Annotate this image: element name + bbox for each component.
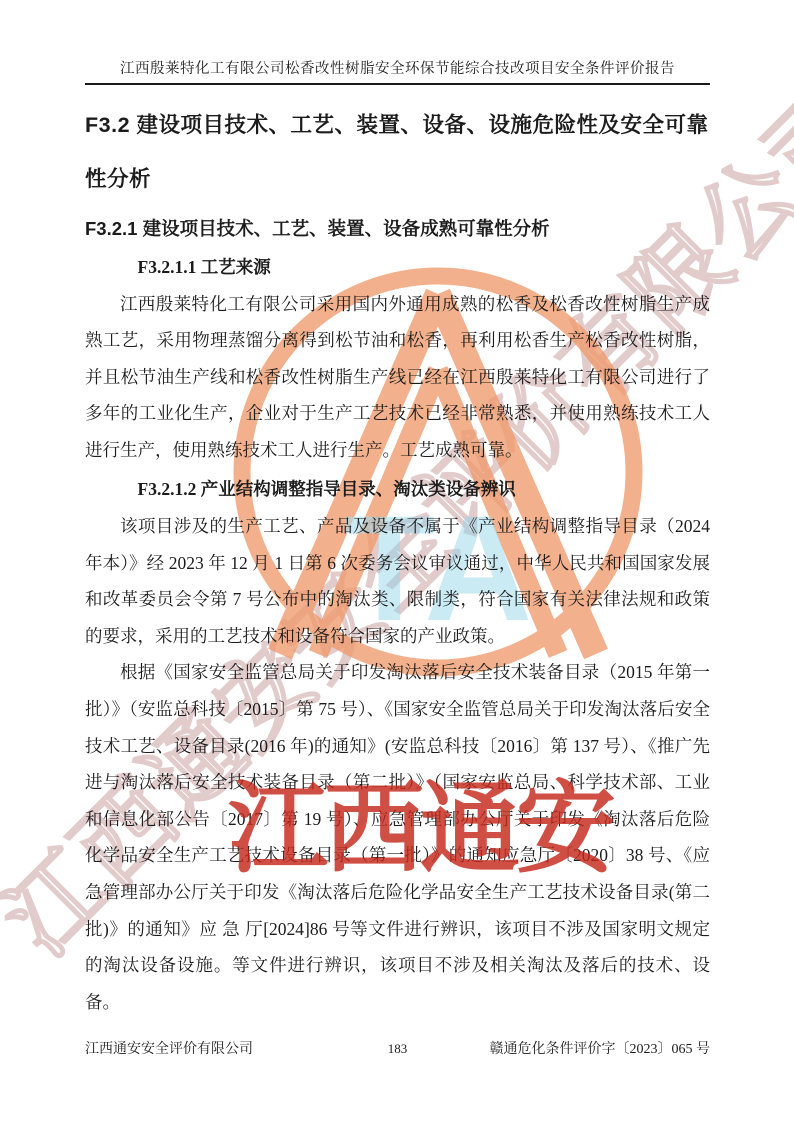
paragraph-eliminated-equipment: 根据《国家安全监管总局关于印发淘汰落后安全技术装备目录（2015 年第一批）》（…	[85, 654, 710, 1020]
section-heading-f3-2-1-2: F3.2.1.2 产业结构调整指导目录、淘汰类设备辨识	[85, 471, 710, 508]
section-heading-f3-2-1-1: F3.2.1.1 工艺来源	[85, 249, 710, 286]
page-footer: 江西通安安全评价有限公司 183 赣通危化条件评价字〔2023〕065 号	[85, 1038, 710, 1058]
paragraph-process-source: 江西殷莱特化工有限公司采用国内外通用成熟的松香及松香改性树脂生产成熟工艺，采用物…	[85, 286, 710, 469]
report-page: 江西通安安全评价有限公司 TA 江西殷莱特化工有限公司松香改性树脂安全环保节能综…	[0, 0, 794, 1123]
paragraph-catalogue-2024: 该项目涉及的生产工艺、产品及设备不属于《产业结构调整指导目录（2024 年本）》…	[85, 508, 710, 654]
section-heading-f3-2-1: F3.2.1 建设项目技术、工艺、装置、设备成熟可靠性分析	[85, 212, 710, 246]
footer-doc-number: 赣通危化条件评价字〔2023〕065 号	[407, 1038, 710, 1058]
footer-page-number: 183	[388, 1041, 408, 1057]
page-header-title: 江西殷莱特化工有限公司松香改性树脂安全环保节能综合技改项目安全条件评价报告	[85, 57, 710, 85]
document-body: 江西殷莱特化工有限公司松香改性树脂安全环保节能综合技改项目安全条件评价报告 F3…	[0, 0, 794, 1020]
section-heading-f3-2: F3.2 建设项目技术、工艺、装置、设备、设施危险性及安全可靠性分析	[85, 98, 710, 206]
footer-company: 江西通安安全评价有限公司	[85, 1038, 388, 1058]
